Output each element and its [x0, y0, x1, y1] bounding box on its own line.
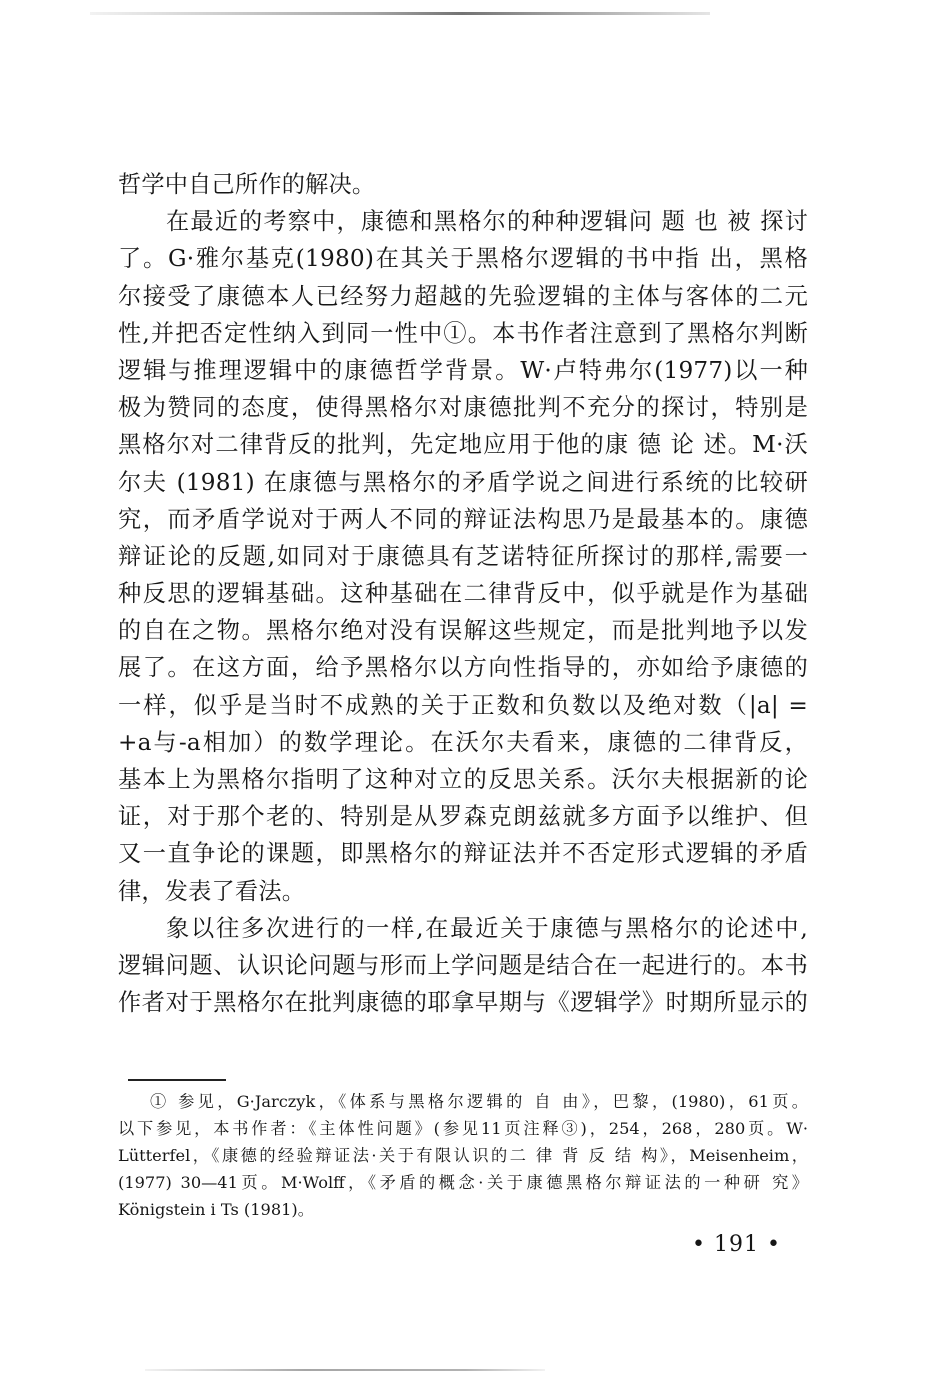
text-line: 基本上为黑格尔指明了这种对立的反思关系。沃尔夫根据新的论 — [118, 761, 808, 798]
text-line: +a与-a相加）的数学理论。在沃尔夫看来，康德的二律背反， — [118, 724, 808, 761]
text-line: 象以往多次进行的一样,在最近关于康德与黑格尔的论述中, — [118, 910, 808, 947]
footnote-line: Königstein i Ts (1981)。 — [118, 1196, 808, 1223]
footnote-line: Lütterfel，《康德的经验辩证法·关于有限认识的二 律 背 反 结 构》，… — [118, 1142, 808, 1169]
text-line: 展了。在这方面，给予黑格尔以方向性指导的，亦如给予康德的 — [118, 649, 808, 686]
text-line: 哲学中自己所作的解决。 — [118, 166, 808, 203]
text-line: 种反思的逻辑基础。这种基础在二律背反中，似乎就是作为基础 — [118, 575, 808, 612]
text-line: 的自在之物。黑格尔绝对没有误解这些规定，而是批判地予以发 — [118, 612, 808, 649]
text-line: 逻辑与推理逻辑中的康德哲学背景。W·卢特弗尔(1977)以一种 — [118, 352, 808, 389]
text-line: 在最近的考察中，康德和黑格尔的种种逻辑问 题 也 被 探讨 — [118, 203, 808, 240]
footnote-divider — [128, 1079, 226, 1081]
footnotes: ① 参见，G·Jarczyk，《体系与黑格尔逻辑的 自 由》，巴黎，(1980)… — [118, 1088, 808, 1223]
scan-artifact-bottom — [145, 1369, 545, 1371]
text-line: 了。G·雅尔基克(1980)在其关于黑格尔逻辑的书中指 出，黑格 — [118, 240, 808, 277]
scan-artifact-top — [90, 12, 710, 15]
text-line: 逻辑问题、认识论问题与形而上学问题是结合在一起进行的。本书 — [118, 947, 808, 984]
text-line: 黑格尔对二律背反的批判，先定地应用于他的康 德 论 述。M·沃 — [118, 426, 808, 463]
body-text: 哲学中自己所作的解决。 在最近的考察中，康德和黑格尔的种种逻辑问 题 也 被 探… — [118, 166, 808, 1021]
text-line: 又一直争论的课题，即黑格尔的辩证法并不否定形式逻辑的矛盾 — [118, 835, 808, 872]
text-line: 一样，似乎是当时不成熟的关于正数和负数以及绝对数（|a| = — [118, 687, 808, 724]
text-line: 尔夫 (1981) 在康德与黑格尔的矛盾学说之间进行系统的比较研 — [118, 464, 808, 501]
text-line: 作者对于黑格尔在批判康德的耶拿早期与《逻辑学》时期所显示的 — [118, 984, 808, 1021]
text-line: 究，而矛盾学说对于两人不同的辩证法构思乃是最基本的。康德 — [118, 501, 808, 538]
footnote-line: (1977) 30—41页。M·Wolff，《矛盾的概念·关于康德黑格尔辩证法的… — [118, 1169, 808, 1196]
footnote-line: ① 参见，G·Jarczyk，《体系与黑格尔逻辑的 自 由》，巴黎，(1980)… — [118, 1088, 808, 1115]
text-line: 证，对于那个老的、特别是从罗森克朗兹就多方面予以维护、但 — [118, 798, 808, 835]
footnote-line: 以下参见，本书作者：《主体性问题》(参见11页注释③)，254，268，280页… — [118, 1115, 808, 1142]
text-line: 极为赞同的态度，使得黑格尔对康德批判不充分的探讨，特别是 — [118, 389, 808, 426]
text-line: 律，发表了看法。 — [118, 873, 808, 910]
text-line: 性,并把否定性纳入到同一性中①。本书作者注意到了黑格尔判断 — [118, 315, 808, 352]
page-number: • 191 • — [692, 1232, 781, 1257]
text-line: 尔接受了康德本人已经努力超越的先验逻辑的主体与客体的二元 — [118, 278, 808, 315]
text-line: 辩证论的反题,如同对于康德具有芝诺特征所探讨的那样,需要一 — [118, 538, 808, 575]
